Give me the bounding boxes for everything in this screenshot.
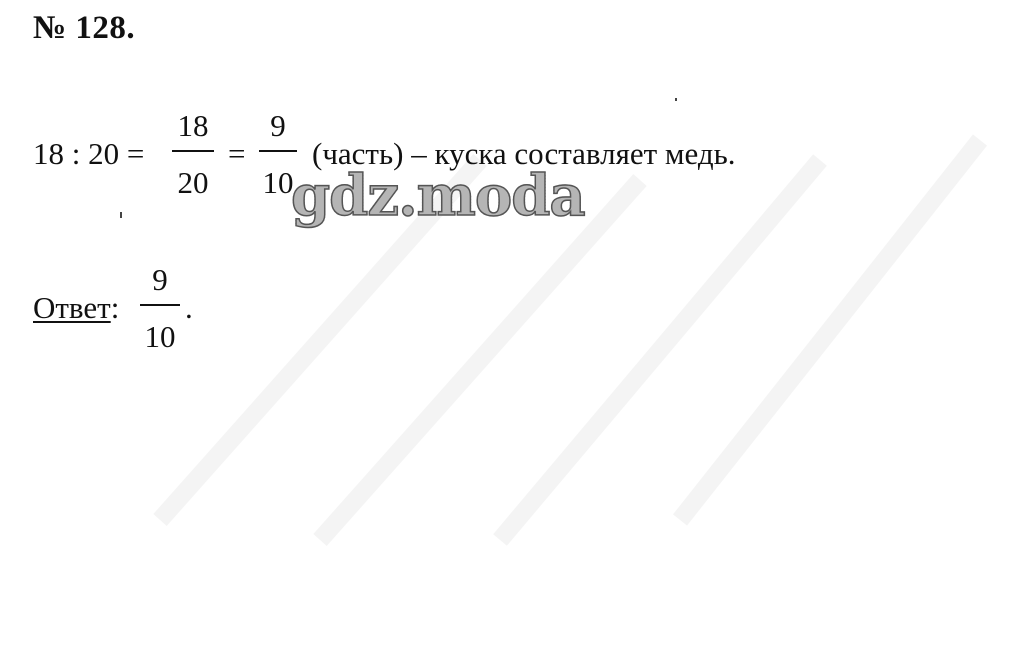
gdz-moda-watermark: gdz.moda xyxy=(291,168,585,224)
fraction-numerator: 18 xyxy=(172,110,214,141)
answer-line: Ответ: xyxy=(33,292,119,323)
fraction-numerator: 9 xyxy=(140,264,180,295)
problem-number: № 128. xyxy=(33,10,135,47)
answer-period: . xyxy=(185,292,193,323)
background-watermark xyxy=(120,40,1019,560)
answer-fraction: 9 10 xyxy=(140,264,180,352)
equals-sign: = xyxy=(228,138,245,169)
stray-mark xyxy=(120,212,122,218)
fraction-bar xyxy=(172,150,214,152)
fraction-18-20: 18 20 xyxy=(172,110,214,198)
fraction-numerator: 9 xyxy=(259,110,297,141)
fraction-denominator: 10 xyxy=(140,321,180,352)
fraction-bar xyxy=(140,304,180,306)
answer-label: Ответ xyxy=(33,290,111,325)
solution-lhs: 18 : 20 = xyxy=(33,138,144,169)
answer-colon: : xyxy=(111,290,120,325)
fraction-denominator: 20 xyxy=(172,167,214,198)
stray-mark xyxy=(675,98,677,101)
fraction-bar xyxy=(259,150,297,152)
